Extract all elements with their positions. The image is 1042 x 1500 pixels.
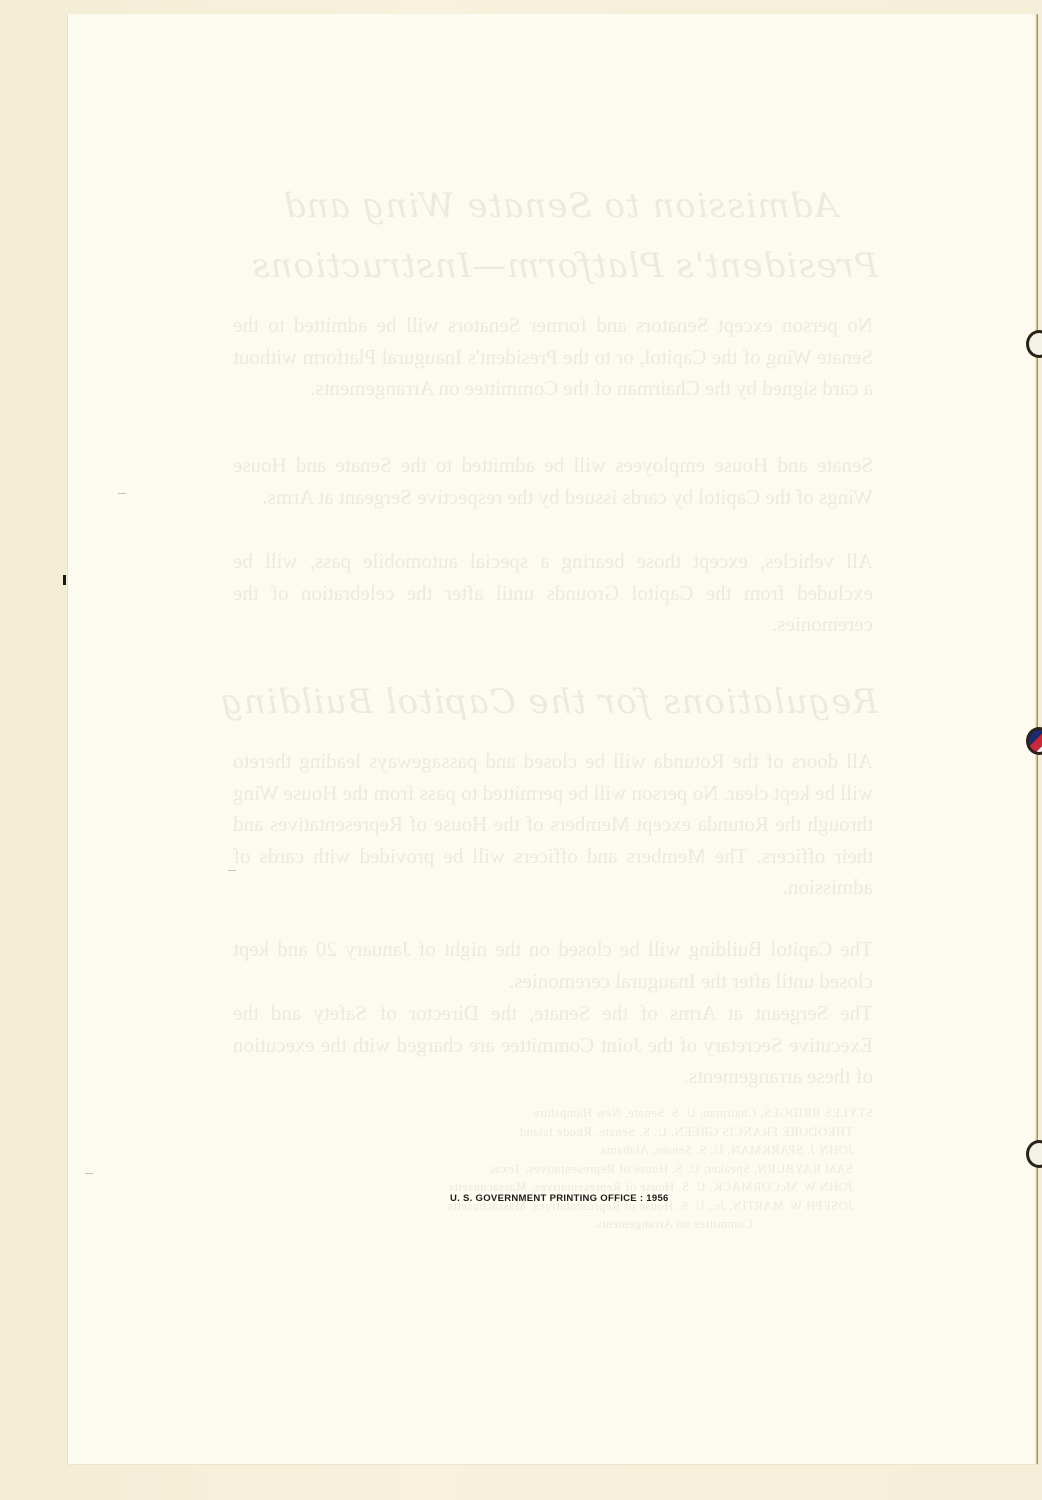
ghost-signatory: THEODORE FRANCIS GREEN, U. S. Senate, Rh…	[233, 1123, 873, 1142]
ghost-signatory: Committee on Arrangements.	[233, 1215, 873, 1234]
ghost-paragraph-2: Senate and House employees will be admit…	[233, 450, 873, 513]
ghost-paragraph-5: The Capitol Building will be closed on t…	[233, 934, 873, 997]
margin-tick	[85, 1173, 93, 1174]
ghost-paragraph-6: The Sergeant at Arms of the Senate, the …	[233, 998, 873, 1093]
document-page: Admission to Senate Wing and President's…	[68, 14, 1038, 1464]
margin-tick	[118, 493, 126, 494]
ghost-heading-admission: Admission to Senate Wing and	[283, 186, 838, 226]
ghost-signatory: JOHN J. SPARKMAN, U. S. Senate, Alabama	[233, 1141, 873, 1160]
ghost-paragraph-4: All doors of the Rotunda will be closed …	[233, 746, 873, 904]
ghost-heading-platform: President's Platform—Instructions	[251, 246, 878, 286]
printer-imprint: U. S. GOVERNMENT PRINTING OFFICE : 1956	[450, 1193, 669, 1204]
ghost-paragraph-1: No person except Senators and former Sen…	[233, 310, 873, 405]
show-through-text: Admission to Senate Wing and President's…	[68, 14, 1038, 1464]
ghost-heading-regulations: Regulations for the Capitol Building	[220, 682, 878, 722]
ghost-signatory: STYLES BRIDGES, Chairman, U. S. Senate, …	[233, 1104, 873, 1123]
margin-tick	[228, 870, 236, 871]
left-margin-mark	[63, 575, 66, 585]
ghost-paragraph-3: All vehicles, except those bearing a spe…	[233, 546, 873, 641]
ghost-signatory: SAM RAYBURN, Speaker, U. S. House of Rep…	[233, 1160, 873, 1179]
ghost-signatories: STYLES BRIDGES, Chairman, U. S. Senate, …	[233, 1104, 873, 1234]
